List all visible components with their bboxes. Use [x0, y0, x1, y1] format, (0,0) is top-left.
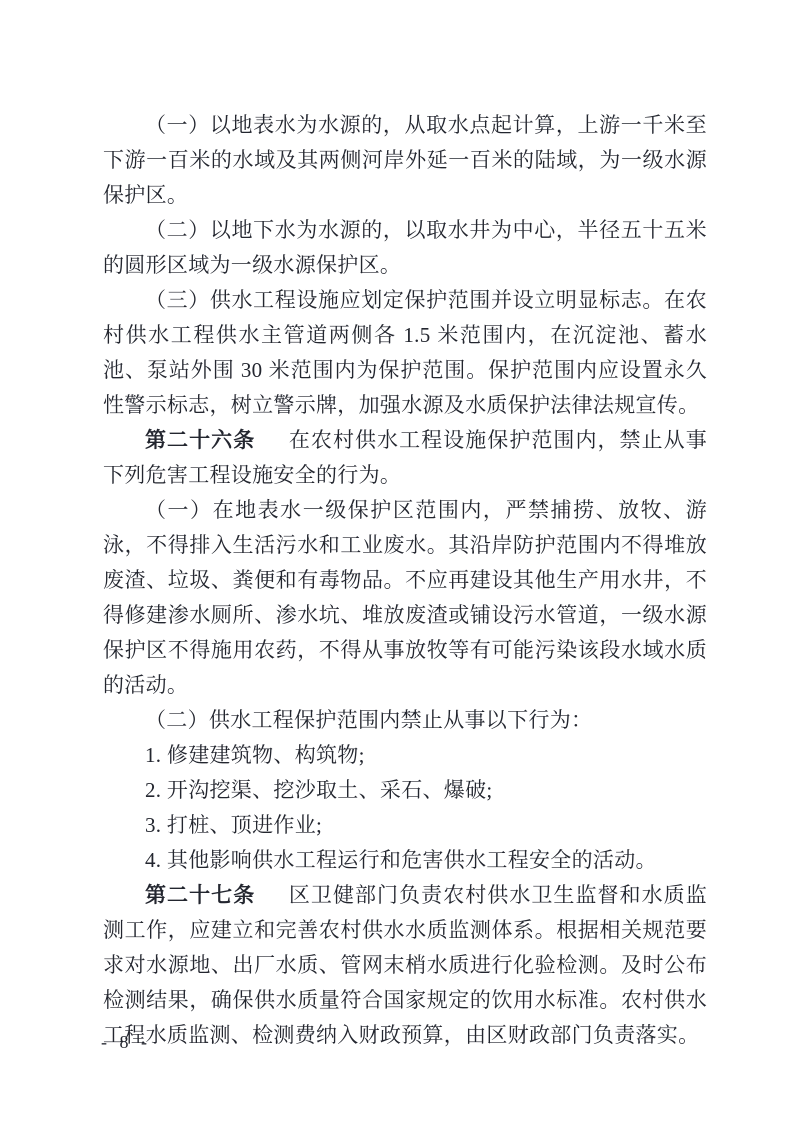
paragraph-article-27: 第二十七条区卫健部门负责农村供水卫生监督和水质监测工作，应建立和完善农村供水水质…	[103, 878, 707, 1053]
paragraph-article-26: 第二十六条在农村供水工程设施保护范围内，禁止从事下列危害工程设施安全的行为。	[103, 423, 707, 493]
list-item-1: 1. 修建建筑物、构筑物;	[103, 738, 707, 773]
list-item-2: 2. 开沟挖渠、挖沙取土、采石、爆破;	[103, 773, 707, 808]
paragraph-text: （一）在地表水一级保护区范围内，严禁捕捞、放牧、游泳，不得排入生活污水和工业废水…	[103, 498, 707, 697]
paragraph-item-2-under-26: （二）供水工程保护范围内禁止从事以下行为：	[103, 703, 707, 738]
paragraph-text: 1. 修建建筑物、构筑物;	[145, 743, 365, 767]
list-item-3: 3. 打桩、顶进作业;	[103, 808, 707, 843]
paragraph-item-1-under-26: （一）在地表水一级保护区范围内，严禁捕捞、放牧、游泳，不得排入生活污水和工业废水…	[103, 493, 707, 703]
document-body: （一）以地表水为水源的，从取水点起计算，上游一千米至下游一百米的水域及其两侧河岸…	[103, 108, 707, 1053]
paragraph-text: （二）供水工程保护范围内禁止从事以下行为：	[145, 708, 592, 732]
paragraph-text: 3. 打桩、顶进作业;	[145, 813, 322, 837]
document-page: （一）以地表水为水源的，从取水点起计算，上游一千米至下游一百米的水域及其两侧河岸…	[0, 0, 792, 1121]
paragraph-text: （二）以地下水为水源的，以取水井为中心，半径五十五米的圆形区域为一级水源保护区。	[103, 218, 707, 277]
paragraph-text: 4. 其他影响供水工程运行和危害供水工程安全的活动。	[145, 848, 657, 872]
paragraph-item-1: （一）以地表水为水源的，从取水点起计算，上游一千米至下游一百米的水域及其两侧河岸…	[103, 108, 707, 213]
paragraph-text: 2. 开沟挖渠、挖沙取土、采石、爆破;	[145, 778, 493, 802]
paragraph-text: 区卫健部门负责农村供水卫生监督和水质监测工作，应建立和完善农村供水水质监测体系。…	[103, 883, 707, 1047]
paragraph-item-3: （三）供水工程设施应划定保护范围并设立明显标志。在农村供水工程供水主管道两侧各 …	[103, 283, 707, 423]
list-item-4: 4. 其他影响供水工程运行和危害供水工程安全的活动。	[103, 843, 707, 878]
page-number: - 8 -	[101, 1030, 151, 1054]
paragraph-item-2: （二）以地下水为水源的，以取水井为中心，半径五十五米的圆形区域为一级水源保护区。	[103, 213, 707, 283]
paragraph-text: （一）以地表水为水源的，从取水点起计算，上游一千米至下游一百米的水域及其两侧河岸…	[103, 113, 707, 207]
article-number: 第二十七条	[145, 883, 255, 907]
article-number: 第二十六条	[145, 428, 255, 452]
paragraph-text: （三）供水工程设施应划定保护范围并设立明显标志。在农村供水工程供水主管道两侧各 …	[103, 288, 707, 417]
